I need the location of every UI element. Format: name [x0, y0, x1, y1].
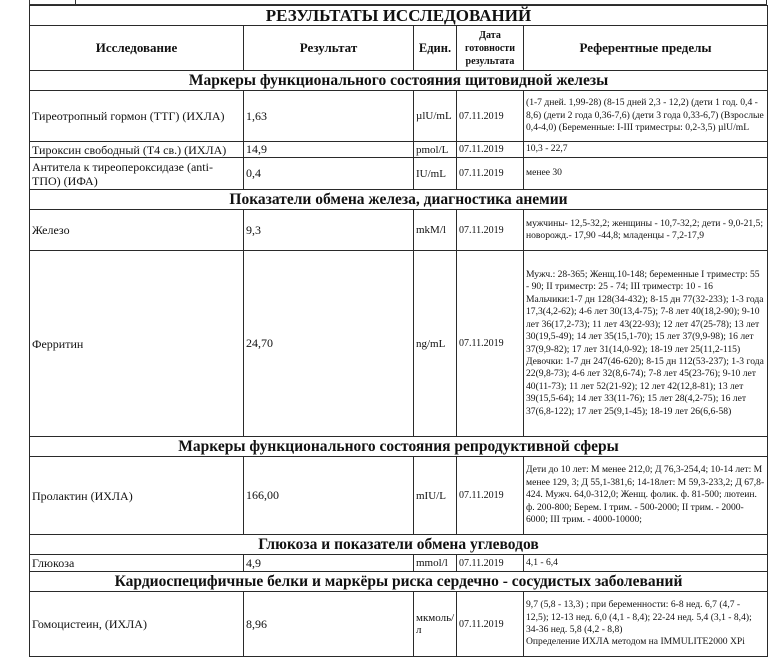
reference-range-text: 10,3 - 22,7 [526, 143, 568, 154]
test-name-text: Гомоцистеин, (ИХЛА) [32, 617, 147, 631]
ready-date: 07.11.2019 [457, 251, 524, 437]
result-value-text: 9,3 [246, 223, 261, 237]
table-row: Тироксин свободный (Т4 св.) (ИХЛА)14,9pm… [30, 142, 768, 158]
ready-date: 07.11.2019 [457, 592, 524, 657]
reference-range: мужчины- 12,5-32,2; женщины - 10,7-32,2;… [524, 210, 768, 251]
unit-value-text: mkM/l [416, 224, 446, 236]
reference-range: (1-7 дней. 1,99-28) (8-15 дней 2,3 - 12,… [524, 91, 768, 142]
result-value-text: 24,70 [246, 336, 273, 350]
unit-value-text: mIU/L [416, 490, 446, 502]
result-value-text: 8,96 [246, 617, 267, 631]
ready-date: 07.11.2019 [457, 91, 524, 142]
unit-value: pmol/L [414, 142, 457, 158]
test-name-text: Тиреотропный гормон (ТТГ) (ИХЛА) [32, 109, 225, 123]
section-title: Маркеры функционального состояния щитови… [30, 71, 768, 91]
unit-value-text: pmol/L [416, 144, 448, 156]
test-name-text: Глюкоза [32, 556, 74, 570]
unit-value: IU/mL [414, 158, 457, 190]
test-name-text: Тироксин свободный (Т4 св.) (ИХЛА) [32, 143, 226, 157]
section-header-row: Показатели обмена железа, диагностика ан… [30, 190, 768, 210]
test-name: Ферритин [30, 251, 244, 437]
test-name: Пролактин (ИХЛА) [30, 457, 244, 535]
result-value-text: 0,4 [246, 166, 261, 180]
reference-range-text: Мужч.: 28-365; Женщ.10-148; беременные I… [526, 269, 764, 416]
ready-date: 07.11.2019 [457, 555, 524, 572]
results-body: Маркеры функционального состояния щитови… [30, 71, 768, 657]
section-title: Маркеры функционального состояния репрод… [30, 437, 768, 457]
ready-date-text: 07.11.2019 [459, 144, 504, 155]
table-row: Глюкоза4,9mmol/l07.11.2019 4,1 - 6,4 [30, 555, 768, 572]
unit-value: mkM/l [414, 210, 457, 251]
column-header-reference: Референтные пределы [524, 26, 768, 71]
result-value-text: 1,63 [246, 109, 267, 123]
ready-date-text: 07.11.2019 [459, 111, 504, 122]
column-header-date: Дата готовности результата [457, 26, 524, 71]
test-name: Гомоцистеин, (ИХЛА) [30, 592, 244, 657]
reference-range-text: менее 30 [526, 167, 562, 178]
table-row: Антитела к тиреопероксидазе (anti-ТПО) (… [30, 158, 768, 190]
ready-date: 07.11.2019 [457, 457, 524, 535]
reference-range: 10,3 - 22,7 [524, 142, 768, 158]
result-value: 166,00 [244, 457, 414, 535]
reference-range: Мужч.: 28-365; Женщ.10-148; беременные I… [524, 251, 768, 437]
table-row: Пролактин (ИХЛА)166,00mIU/L07.11.2019 Де… [30, 457, 768, 535]
result-value: 14,9 [244, 142, 414, 158]
test-name: Антитела к тиреопероксидазе (anti-ТПО) (… [30, 158, 244, 190]
reference-range: менее 30 [524, 158, 768, 190]
section-title: Глюкоза и показатели обмена углеводов [30, 535, 768, 555]
test-name: Тиреотропный гормон (ТТГ) (ИХЛА) [30, 91, 244, 142]
section-header-row: Кардиоспецифичные белки и маркёры риска … [30, 572, 768, 592]
ready-date-text: 07.11.2019 [459, 338, 504, 349]
section-title: Кардиоспецифичные белки и маркёры риска … [30, 572, 768, 592]
ready-date: 07.11.2019 [457, 142, 524, 158]
reference-range-text: мужчины- 12,5-32,2; женщины - 10,7-32,2;… [526, 218, 763, 241]
results-table: РЕЗУЛЬТАТЫ ИССЛЕДОВАНИЙ Исследование Рез… [29, 5, 768, 657]
result-value: 0,4 [244, 158, 414, 190]
column-divider [75, 0, 76, 4]
test-name: Глюкоза [30, 555, 244, 572]
column-header-unit: Един. [414, 26, 457, 71]
reference-range-text: 4,1 - 6,4 [526, 557, 558, 568]
test-name-text: Антитела к тиреопероксидазе (anti-ТПО) (… [32, 160, 213, 188]
unit-value: ng/mL [414, 251, 457, 437]
result-value: 9,3 [244, 210, 414, 251]
test-name-text: Железо [32, 223, 70, 237]
reference-range-text: 9,7 (5,8 - 13,3) ; при беременности: 6-8… [526, 599, 752, 647]
table-row: Железо9,3mkM/l07.11.2019 мужчины- 12,5-3… [30, 210, 768, 251]
reference-range: Дети до 10 лет: М менее 212,0; Д 76,3-25… [524, 457, 768, 535]
table-row: Гомоцистеин, (ИХЛА)8,96мкмоль/л07.11.201… [30, 592, 768, 657]
result-value-text: 14,9 [246, 142, 267, 156]
result-value: 24,70 [244, 251, 414, 437]
section-header-row: Глюкоза и показатели обмена углеводов [30, 535, 768, 555]
ready-date: 07.11.2019 [457, 158, 524, 190]
unit-value-text: IU/mL [416, 168, 446, 180]
result-value: 4,9 [244, 555, 414, 572]
unit-value: mIU/L [414, 457, 457, 535]
unit-value-text: ng/mL [416, 338, 445, 350]
section-header-row: Маркеры функционального состояния репрод… [30, 437, 768, 457]
result-value: 1,63 [244, 91, 414, 142]
column-header-result: Результат [244, 26, 414, 71]
unit-value-text: µlU/mL [416, 110, 452, 122]
table-row: Ферритин24,70ng/mL07.11.2019 Мужч.: 28-3… [30, 251, 768, 437]
reference-range-text: Дети до 10 лет: М менее 212,0; Д 76,3-25… [526, 464, 764, 525]
test-name-text: Пролактин (ИХЛА) [32, 489, 133, 503]
ready-date-text: 07.11.2019 [459, 558, 504, 569]
ready-date: 07.11.2019 [457, 210, 524, 251]
test-name-text: Ферритин [32, 337, 83, 351]
page-title: РЕЗУЛЬТАТЫ ИССЛЕДОВАНИЙ [30, 6, 768, 26]
unit-value: µlU/mL [414, 91, 457, 142]
table-row: Тиреотропный гормон (ТТГ) (ИХЛА)1,63µlU/… [30, 91, 768, 142]
unit-value: mmol/l [414, 555, 457, 572]
section-title: Показатели обмена железа, диагностика ан… [30, 190, 768, 210]
result-value-text: 166,00 [246, 488, 279, 502]
ready-date-text: 07.11.2019 [459, 225, 504, 236]
unit-value-text: mmol/l [416, 557, 448, 569]
reference-range: 4,1 - 6,4 [524, 555, 768, 572]
section-header-row: Маркеры функционального состояния щитови… [30, 71, 768, 91]
column-header-test: Исследование [30, 26, 244, 71]
result-value-text: 4,9 [246, 556, 261, 570]
ready-date-text: 07.11.2019 [459, 490, 504, 501]
result-value: 8,96 [244, 592, 414, 657]
ready-date-text: 07.11.2019 [459, 619, 504, 630]
reference-range-text: (1-7 дней. 1,99-28) (8-15 дней 2,3 - 12,… [526, 97, 764, 133]
ready-date-text: 07.11.2019 [459, 168, 504, 179]
test-name: Тироксин свободный (Т4 св.) (ИХЛА) [30, 142, 244, 158]
test-name: Железо [30, 210, 244, 251]
reference-range: 9,7 (5,8 - 13,3) ; при беременности: 6-8… [524, 592, 768, 657]
unit-value: мкмоль/л [414, 592, 457, 657]
unit-value-text: мкмоль/л [416, 612, 454, 636]
